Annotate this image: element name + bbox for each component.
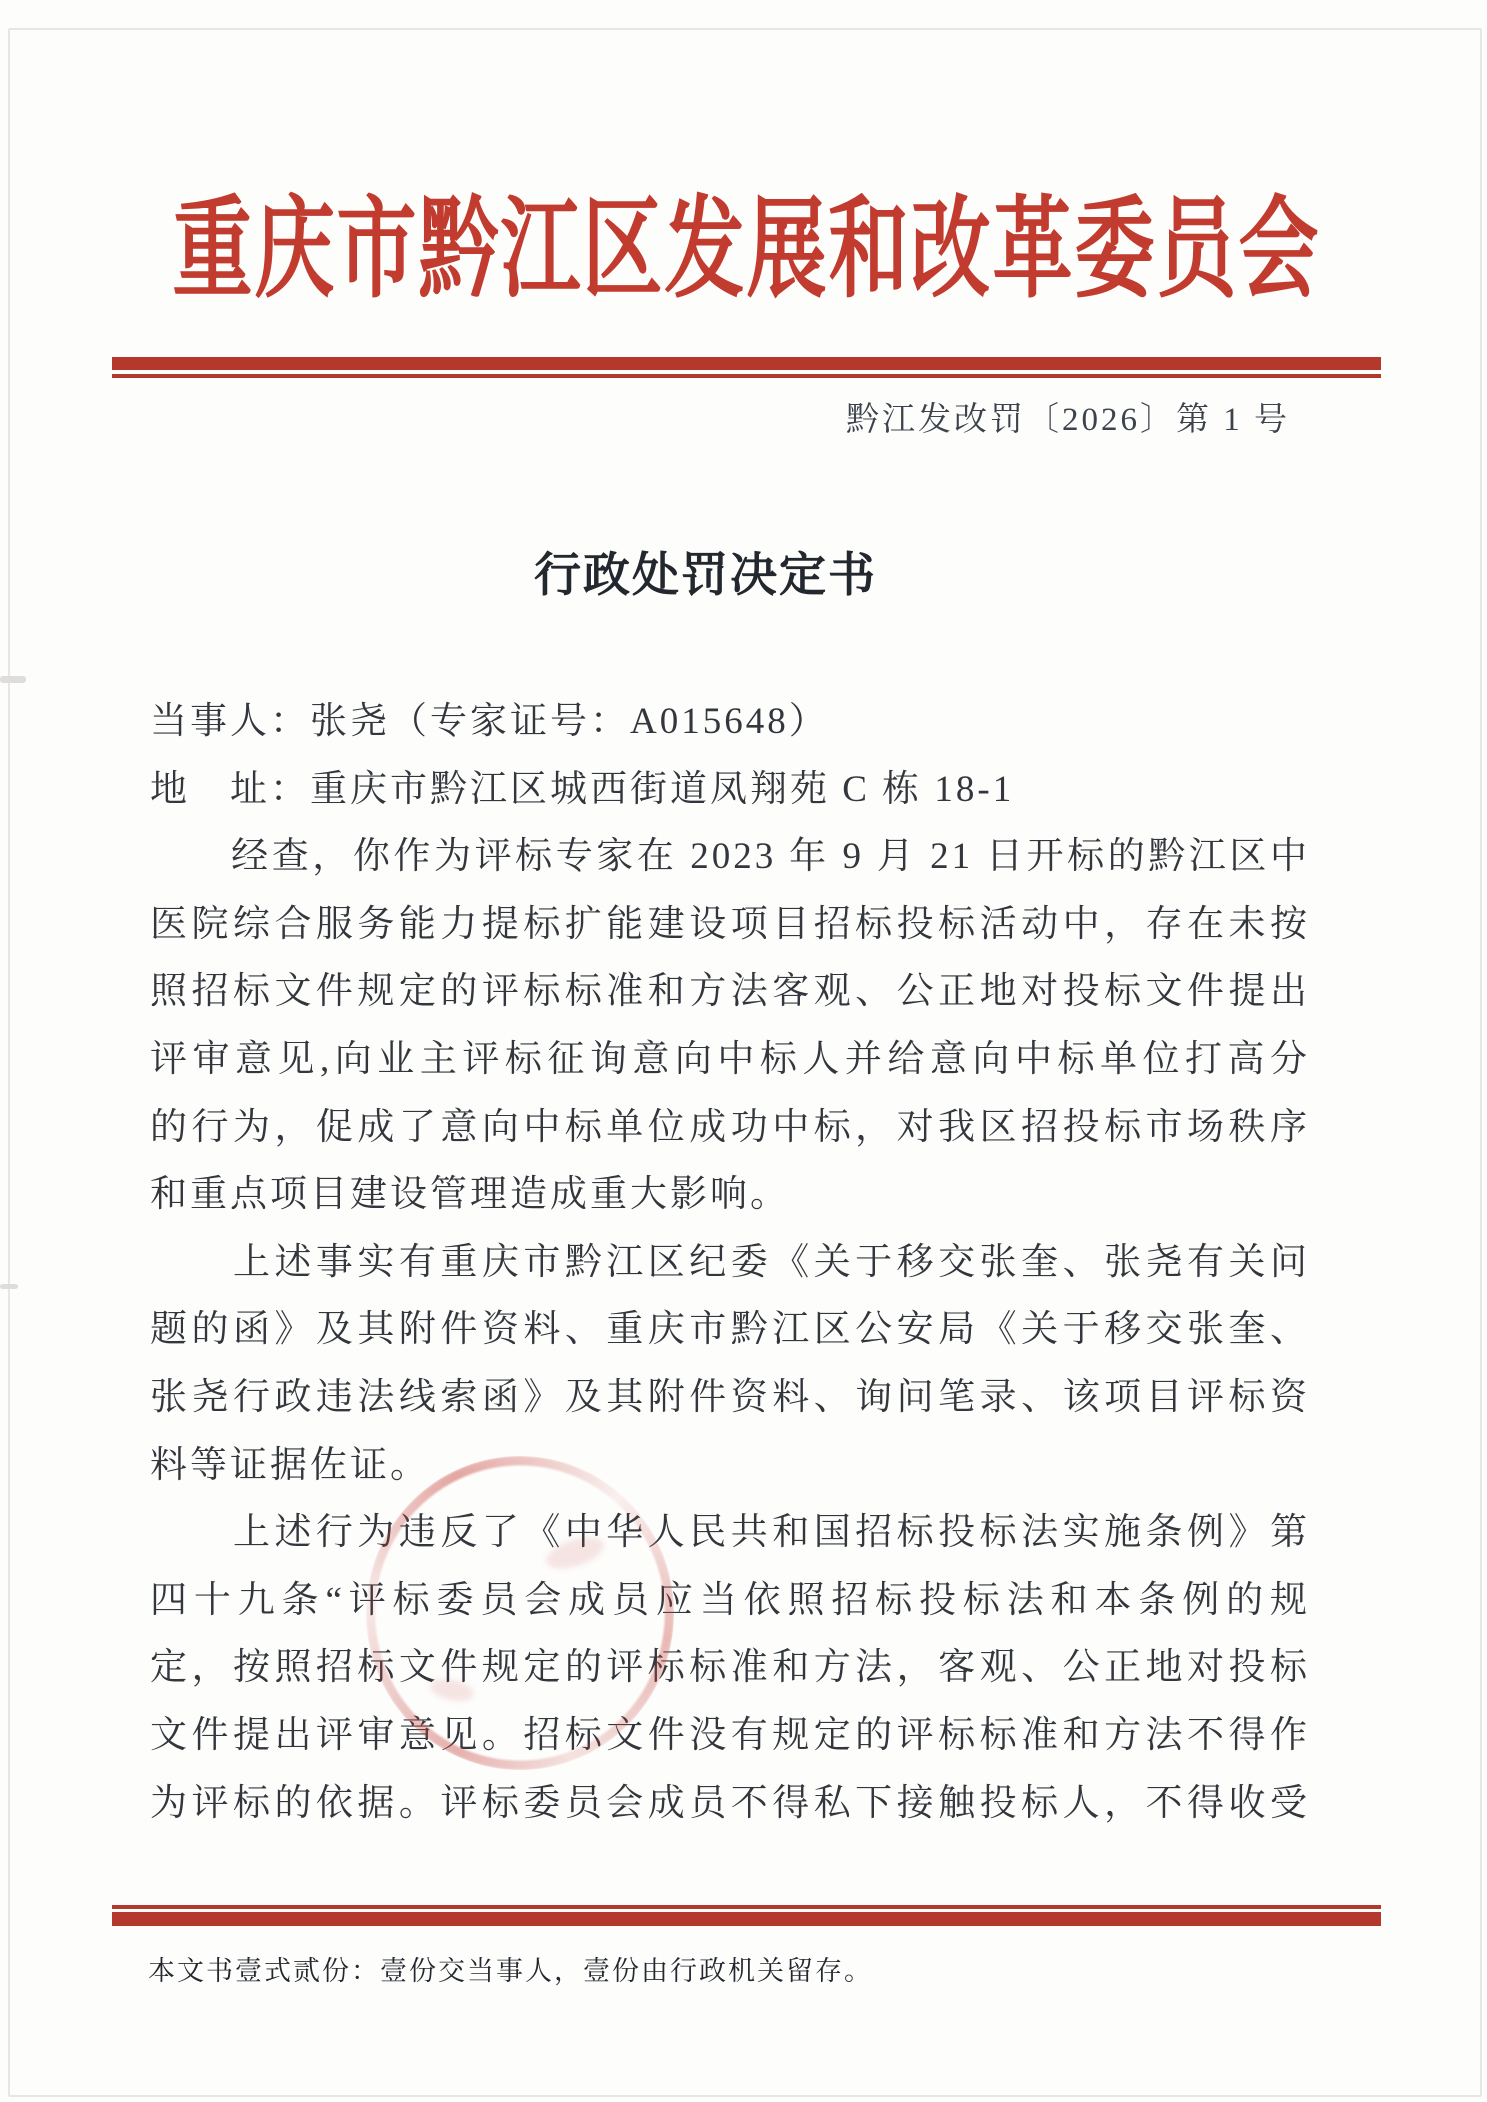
- body-line: 文件提出评审意见。招标文件没有规定的评标标准和方法不得作: [150, 1702, 1310, 1770]
- body-line: 四十九条“评标委员会成员应当依照招标投标法和本条例的规: [150, 1567, 1310, 1635]
- body-line: 医院综合服务能力提标扩能建设项目招标投标活动中，存在未按: [150, 891, 1310, 959]
- body-line: 上述事实有重庆市黔江区纪委《关于移交张奎、张尧有关问: [150, 1229, 1310, 1297]
- body-paragraph: 上述事实有重庆市黔江区纪委《关于移交张奎、张尧有关问题的函》及其附件资料、重庆市…: [150, 1229, 1310, 1499]
- body-line: 和重点项目建设管理造成重大影响。: [150, 1161, 1310, 1229]
- body-paragraph: 上述行为违反了《中华人民共和国招标投标法实施条例》第四十九条“评标委员会成员应当…: [150, 1499, 1310, 1837]
- body-line: 张尧行政违法线索函》及其附件资料、询问笔录、该项目评标资: [150, 1364, 1310, 1432]
- penalty-decision-document: 重庆市黔江区发展和改革委员会 黔江发改罚〔2026〕第 1 号 行政处罚决定书 …: [0, 0, 1487, 2102]
- address-label: 地 址：: [150, 769, 310, 810]
- document-body: 当事人：张尧（专家证号：A015648） 地 址：重庆市黔江区城西街道凤翔苑 C…: [150, 688, 1310, 1837]
- body-line: 经查，你作为评标专家在 2023 年 9 月 21 日开标的黔江区中: [150, 823, 1310, 891]
- body-line: 照招标文件规定的评标标准和方法客观、公正地对投标文件提出: [150, 958, 1310, 1026]
- body-line: 评审意见,向业主评标征询意向中标人并给意向中标单位打高分: [150, 1026, 1310, 1094]
- agency-letterhead: 重庆市黔江区发展和改革委员会: [112, 196, 1381, 306]
- letterhead-rule-thick: [112, 357, 1381, 370]
- address-line: 地 址：重庆市黔江区城西街道凤翔苑 C 栋 18-1: [150, 756, 1310, 824]
- letterhead-rule-thin: [112, 374, 1381, 378]
- body-line: 为评标的依据。评标委员会成员不得私下接触投标人，不得收受: [150, 1770, 1310, 1838]
- page-title: 行政处罚决定书: [0, 538, 1411, 605]
- body-paragraphs: 经查，你作为评标专家在 2023 年 9 月 21 日开标的黔江区中医院综合服务…: [150, 823, 1310, 1837]
- party-label: 当事人：: [150, 701, 310, 742]
- address-value: 重庆市黔江区城西街道凤翔苑 C 栋 18-1: [310, 769, 1014, 810]
- party-line: 当事人：张尧（专家证号：A015648）: [150, 688, 1310, 756]
- body-line: 料等证据佐证。: [150, 1432, 1310, 1500]
- body-line: 上述行为违反了《中华人民共和国招标投标法实施条例》第: [150, 1499, 1310, 1567]
- body-line: 题的函》及其附件资料、重庆市黔江区公安局《关于移交张奎、: [150, 1296, 1310, 1364]
- footer-rule-thin: [112, 1905, 1381, 1909]
- scan-artifact: [0, 676, 26, 683]
- footer-note: 本文书壹式贰份：壹份交当事人，壹份由行政机关留存。: [148, 1949, 873, 1988]
- body-line: 的行为，促成了意向中标单位成功中标，对我区招投标市场秩序: [150, 1094, 1310, 1162]
- scan-artifact: [0, 1284, 18, 1289]
- footer-rule-thick: [112, 1912, 1381, 1926]
- party-value: 张尧（专家证号：A015648）: [310, 701, 829, 742]
- body-paragraph: 经查，你作为评标专家在 2023 年 9 月 21 日开标的黔江区中医院综合服务…: [150, 823, 1310, 1229]
- document-number: 黔江发改罚〔2026〕第 1 号: [112, 393, 1290, 440]
- body-line: 定，按照招标文件规定的评标标准和方法，客观、公正地对投标: [150, 1634, 1310, 1702]
